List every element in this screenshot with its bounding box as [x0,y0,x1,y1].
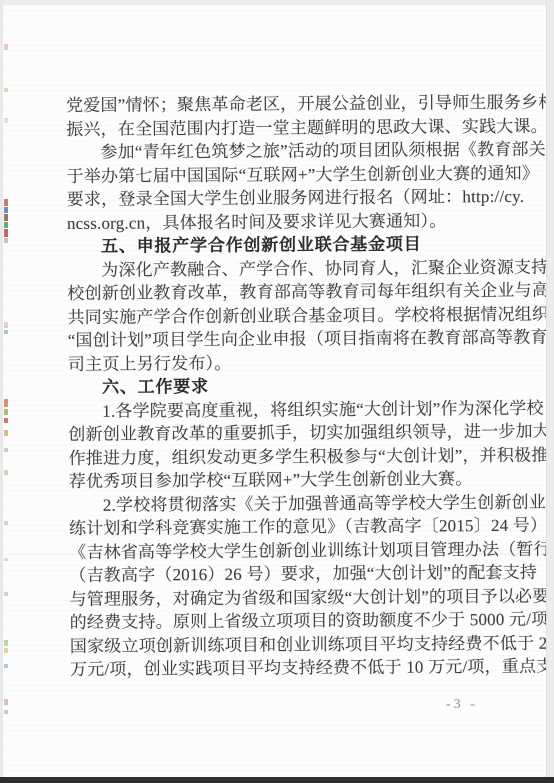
scanner-edge-bottom [0,777,554,783]
page-number: -3 - [446,697,478,713]
scan-noise-mark [4,664,8,668]
body-line: 要求，登录全国大学生创业服务网进行报名（网址：http://cy. [67,185,517,212]
scan-noise-mark [4,418,8,423]
scan-noise-mark [4,88,8,92]
scan-noise-mark [4,238,8,243]
scan-noise-mark [4,330,8,334]
scan-noise-mark [4,592,8,596]
section-heading: 五、申报产学合作创新创业联合基金项目 [67,232,517,259]
scanner-edge-top [0,0,554,5]
body-line: 校创新创业教育改革，教育部高等教育司每年组织有关企业与高校 [67,279,517,306]
body-line: 振兴，在全国范围内打造一堂主题鲜明的思政大课、实践大课。 [66,114,516,141]
scan-noise-mark [4,118,8,123]
scan-noise-mark [4,710,8,714]
body-line: “国创计划”项目学生向企业申报（项目指南将在教育部高等教育 [68,326,518,353]
section-heading: 六、工作要求 [68,373,518,400]
scan-noise-mark [4,448,8,452]
scan-noise-mark [4,44,8,50]
body-line: 1.各学院要高度重视，将组织实施“大创计划”作为深化学校 [68,396,518,423]
scan-noise-mark [4,214,8,221]
body-line: 参加“青年红色筑梦之旅”活动的项目团队须根据《教育部关 [66,138,516,165]
scan-noise-mark [4,470,8,475]
body-line: 为深化产教融合、产学合作、协同育人，汇聚企业资源支持高 [67,255,517,282]
body-line: 创新创业教育改革的重要抓手，切实加强组织领导，进一步加大工 [68,420,518,447]
scan-noise-mark [4,648,8,653]
scanned-document-view: 党爱国”情怀；聚焦革命老区，开展公益创业，引导师生服务乡村 振兴，在全国范围内打… [0,0,554,783]
body-line: 荐优秀项目参加学校“互联网+”大学生创新创业大赛。 [69,467,519,494]
scan-noise-mark [4,699,8,705]
scan-noise-mark [4,430,8,436]
scan-noise-mark [4,322,8,328]
body-line: 共同实施产学合作创新创业联合基金项目。学校将根据情况组织 [67,302,517,329]
body-line: 司主页上另行发布）。 [68,349,518,376]
body-line: 《吉林省高等学校大学生创新创业训练计划项目管理办法（暂行）》 [69,537,519,564]
scan-noise-mark [4,199,8,206]
scan-noise-mark [4,409,8,415]
scan-noise-mark [4,640,8,646]
document-text: 党爱国”情怀；聚焦革命老区，开展公益创业，引导师生服务乡村 振兴，在全国范围内打… [66,91,520,682]
scan-noise-mark [4,222,8,228]
document-page: 党爱国”情怀；聚焦革命老区，开展公益创业，引导师生服务乡村 振兴，在全国范围内打… [3,5,546,777]
scan-noise-mark [4,229,8,237]
body-line: ncss.org.cn，具体报名时间及要求详见大赛通知）。 [67,208,517,235]
body-line: 练计划和学科竞赛实施工作的意见》（吉教高字〔2015〕24 号） [69,514,519,541]
body-line: 党爱国”情怀；聚焦革命老区，开展公益创业，引导师生服务乡村 [66,91,516,118]
scan-noise-mark [4,521,8,525]
body-line: 作推进力度，组织发动更多学生积极参与“大创计划”，并积极推 [68,443,518,470]
body-line: 与管理服务，对确定为省级和国家级“大创计划”的项目予以必要 [69,584,519,611]
scanner-edge-right [546,0,554,783]
body-line: 于举办第七届中国国际“互联网+”大学生创新创业大赛的通知》 [66,161,516,188]
body-line: 万元/项，创业实践项目平均支持经费不低于 10 万元/项，重点支 [70,655,520,682]
body-line: 国家级立项创新训练项目和创业训练项目平均支持经费不低于 2 [70,631,520,658]
body-line: 2.学校将贯彻落实《关于加强普通高等学校大学生创新创业训 [69,490,519,517]
body-line: （吉教高字（2016）26 号）要求，加强“大创计划”的配套支持 [69,561,519,588]
scan-noise-mark [4,399,8,407]
scan-noise-mark [4,558,8,561]
scan-noise-mark [4,207,8,213]
scanner-edge-left [0,0,3,783]
body-line: 的经费支持。原则上省级立项项目的资助额度不少于 5000 元/项， [70,608,520,635]
